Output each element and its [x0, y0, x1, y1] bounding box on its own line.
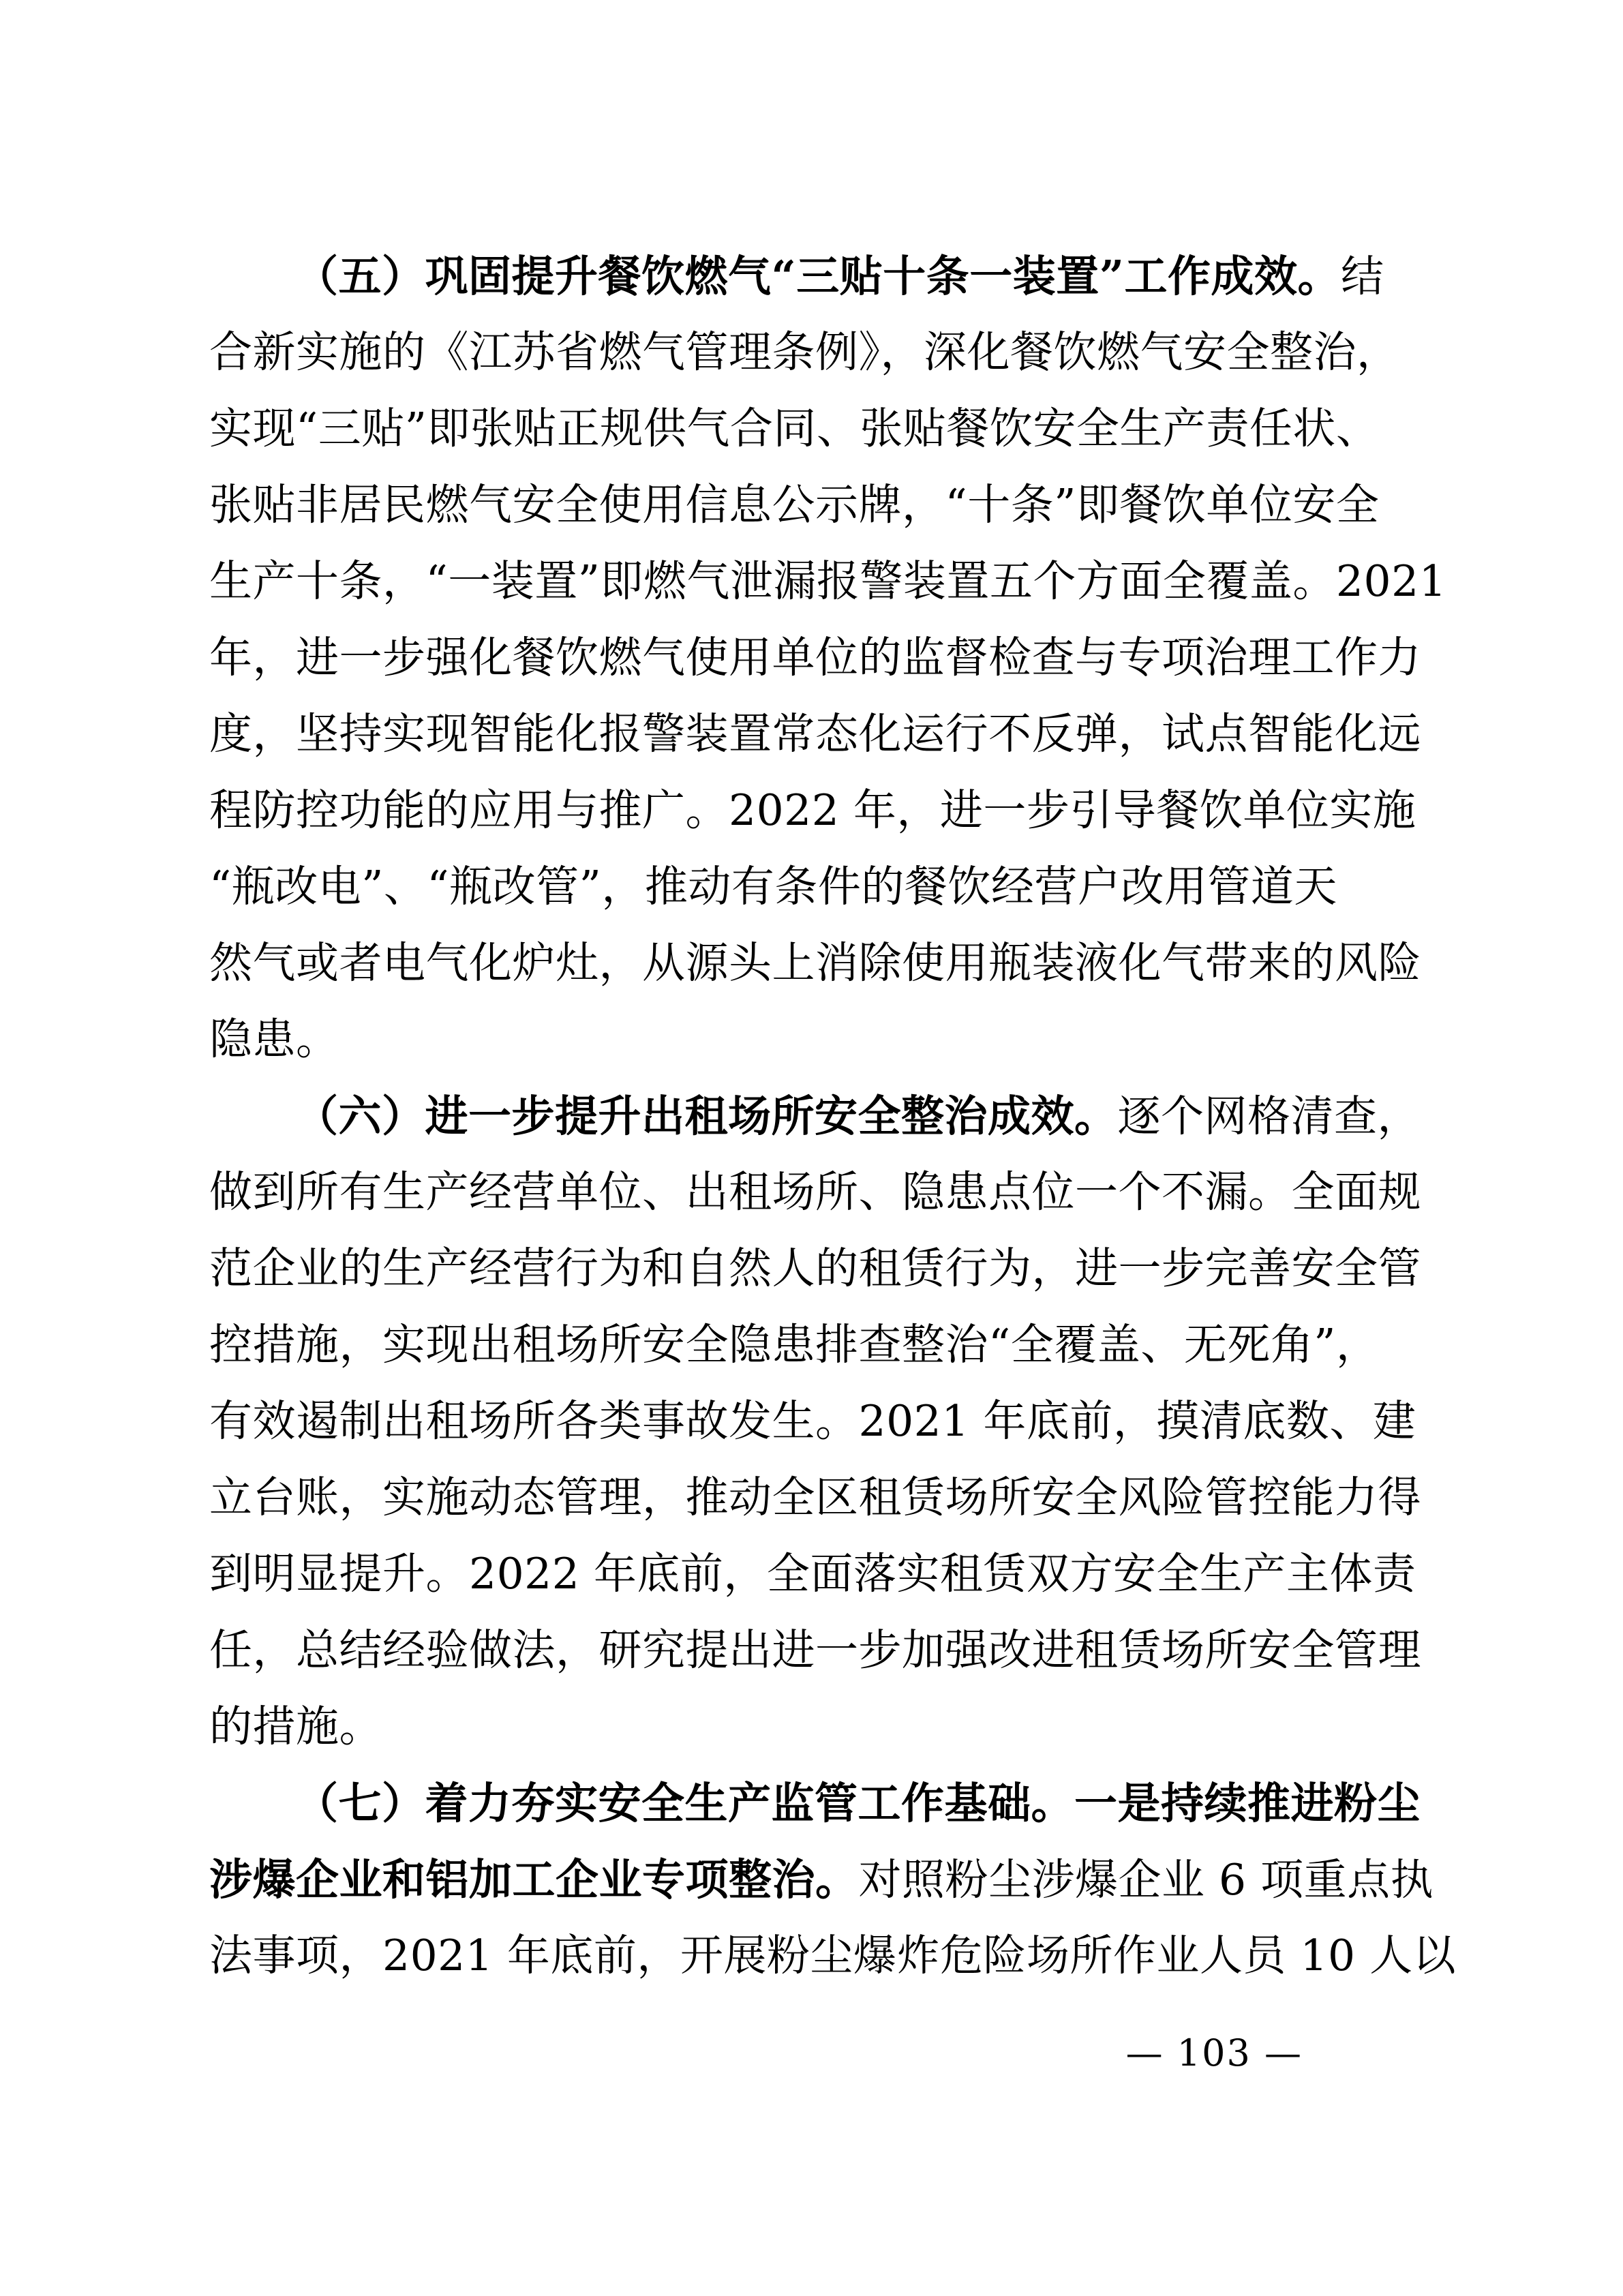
text-line: 立台账，实施动态管理，推动全区租赁场所安全风险管控能力得 — [209, 1460, 1417, 1536]
paragraph-subheading: 一是持续推进粉尘 — [1074, 1778, 1421, 1828]
text-line: 涉爆企业和铝加工企业专项整治。对照粉尘涉爆企业 6 项重点执 — [209, 1841, 1417, 1918]
text-line: 隐患。 — [209, 1001, 1417, 1078]
paragraph-subheading: 涉爆企业和铝加工企业专项整治。 — [209, 1854, 859, 1905]
text-line: 度，坚持实现智能化报警装置常态化运行不反弹，试点智能化远 — [209, 696, 1417, 772]
page-number: — 103 — — [1126, 2029, 1303, 2078]
body-text: 张贴非居民燃气安全使用信息公示牌，“十条”即餐饮单位安全 — [209, 480, 1379, 530]
text-line: 合新实施的《江苏省燃气管理条例》，深化餐饮燃气安全整治， — [209, 314, 1417, 391]
text-line: （七）着力夯实安全生产监管工作基础。一是持续推进粉尘 — [209, 1765, 1417, 1841]
body-text: 年，进一步强化餐饮燃气使用单位的监督检查与专项治理工作力 — [209, 633, 1421, 682]
text-line: 有效遏制出租场所各类事故发生。2021 年底前，摸清底数、建 — [209, 1383, 1417, 1460]
paragraph-heading: （七）着力夯实安全生产监管工作基础。 — [295, 1778, 1074, 1828]
body-text: 的措施。 — [209, 1702, 382, 1751]
body-text: 对照粉尘涉爆企业 6 项重点执 — [859, 1855, 1434, 1905]
text-line: 做到所有生产经营单位、出租场所、隐患点位一个不漏。全面规 — [209, 1154, 1417, 1230]
body-text: 合新实施的《江苏省燃气管理条例》，深化餐饮燃气安全整治， — [209, 327, 1400, 377]
document-body: （五）巩固提升餐饮燃气“三贴十条一装置”工作成效。结合新实施的《江苏省燃气管理条… — [209, 238, 1417, 1994]
body-text: 控措施，实现出租场所安全隐患排查整治“全覆盖、无死角”， — [209, 1320, 1379, 1370]
body-text: 法事项，2021 年底前，开展粉尘爆炸危险场所作业人员 10 人以 — [209, 1931, 1456, 1980]
text-line: 任，总结经验做法，研究提出进一步加强改进租赁场所安全管理 — [209, 1612, 1417, 1689]
paragraph-heading: （六）进一步提升出租场所安全整治成效。 — [295, 1091, 1118, 1141]
document-page: （五）巩固提升餐饮燃气“三贴十条一装置”工作成效。结合新实施的《江苏省燃气管理条… — [0, 0, 1623, 2296]
text-line: 年，进一步强化餐饮燃气使用单位的监督检查与专项治理工作力 — [209, 620, 1417, 696]
body-text: 然气或者电气化炉灶，从源头上消除使用瓶装液化气带来的风险 — [209, 938, 1421, 988]
text-line: 实现“三贴”即张贴正规供气合同、张贴餐饮安全生产责任状、 — [209, 391, 1417, 467]
body-text: “瓶改电”、“瓶改管”，推动有条件的餐饮经营户改用管道天 — [209, 862, 1337, 911]
paragraph-heading: （五）巩固提升餐饮燃气“三贴十条一装置”工作成效。 — [295, 251, 1341, 301]
body-text: 到明显提升。2022 年底前，全面落实租赁双方安全生产主体责 — [209, 1549, 1416, 1599]
body-text: 逐个网格清查， — [1118, 1091, 1421, 1141]
text-line: （六）进一步提升出租场所安全整治成效。逐个网格清查， — [209, 1078, 1417, 1154]
body-text: 隐患。 — [209, 1014, 339, 1064]
body-text: 生产十条，“一装置”即燃气泄漏报警装置五个方面全覆盖。2021 — [209, 556, 1446, 606]
body-text: 立台账，实施动态管理，推动全区租赁场所安全风险管控能力得 — [209, 1472, 1421, 1522]
body-text: 结 — [1341, 252, 1384, 301]
body-text: 任，总结经验做法，研究提出进一步加强改进租赁场所安全管理 — [209, 1625, 1421, 1675]
body-text: 范企业的生产经营行为和自然人的租赁行为，进一步完善安全管 — [209, 1243, 1421, 1293]
body-text: 有效遏制出租场所各类事故发生。2021 年底前，摸清底数、建 — [209, 1396, 1416, 1446]
body-text: 做到所有生产经营单位、出租场所、隐患点位一个不漏。全面规 — [209, 1167, 1421, 1217]
text-line: 张贴非居民燃气安全使用信息公示牌，“十条”即餐饮单位安全 — [209, 467, 1417, 543]
text-line: 生产十条，“一装置”即燃气泄漏报警装置五个方面全覆盖。2021 — [209, 543, 1417, 620]
body-text: 程防控功能的应用与推广。2022 年，进一步引导餐饮单位实施 — [209, 785, 1416, 835]
text-line: 到明显提升。2022 年底前，全面落实租赁双方安全生产主体责 — [209, 1536, 1417, 1612]
text-line: 控措施，实现出租场所安全隐患排查整治“全覆盖、无死角”， — [209, 1307, 1417, 1383]
text-line: 法事项，2021 年底前，开展粉尘爆炸危险场所作业人员 10 人以 — [209, 1918, 1417, 1994]
body-text: 实现“三贴”即张贴正规供气合同、张贴餐饮安全生产责任状、 — [209, 404, 1379, 453]
text-line: “瓶改电”、“瓶改管”，推动有条件的餐饮经营户改用管道天 — [209, 849, 1417, 925]
body-text: 度，坚持实现智能化报警装置常态化运行不反弹，试点智能化远 — [209, 709, 1421, 759]
text-line: 的措施。 — [209, 1689, 1417, 1765]
text-line: 范企业的生产经营行为和自然人的租赁行为，进一步完善安全管 — [209, 1230, 1417, 1307]
text-line: （五）巩固提升餐饮燃气“三贴十条一装置”工作成效。结 — [209, 238, 1417, 314]
text-line: 程防控功能的应用与推广。2022 年，进一步引导餐饮单位实施 — [209, 772, 1417, 849]
text-line: 然气或者电气化炉灶，从源头上消除使用瓶装液化气带来的风险 — [209, 925, 1417, 1001]
